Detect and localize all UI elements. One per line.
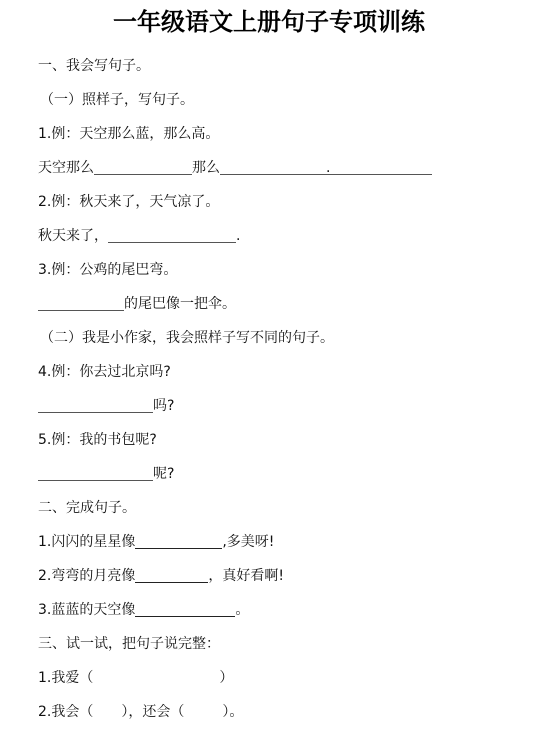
question-1-answer: 天空那么那么. (38, 158, 432, 178)
question-3-suffix: 的尾巴像一把伞。 (124, 296, 236, 312)
section-3-question-2: 2.我会（），还会（）。 (38, 702, 243, 722)
complete-item-3-suffix: 。 (235, 602, 249, 618)
complete-item-1-prefix: 1.闪闪的星星像 (38, 534, 135, 550)
question-3-example: 3.例：公鸡的尾巴弯。 (38, 260, 177, 280)
question-2-prefix: 秋天来了， (38, 228, 108, 244)
complete-blank-2[interactable] (135, 567, 208, 583)
question-1-prefix: 天空那么 (38, 160, 94, 176)
complete-item-3-prefix: 3.蓝蓝的天空像 (38, 602, 135, 618)
section-3-q1-suffix: ） (219, 670, 233, 686)
question-2-dot: . (236, 228, 240, 244)
question-5-answer: 呢? (38, 464, 174, 484)
question-4-suffix: 吗? (153, 398, 174, 414)
complete-item-1: 1.闪闪的星星像,多美呀! (38, 532, 274, 552)
complete-item-2: 2.弯弯的月亮像，真好看啊! (38, 566, 284, 586)
answer-blank-4[interactable] (38, 396, 153, 413)
section-2-heading: 二、完成句子。 (38, 498, 136, 518)
answer-blank-2[interactable] (108, 226, 236, 243)
question-5-example: 5.例：我的书包呢? (38, 430, 157, 450)
answer-blank-5[interactable] (38, 464, 153, 481)
answer-blank-1b[interactable]: . (220, 158, 432, 175)
section-1-heading: 一、我会写句子。 (38, 56, 150, 76)
question-3-answer: 的尾巴像一把伞。 (38, 294, 236, 314)
complete-item-2-prefix: 2.弯弯的月亮像 (38, 568, 135, 584)
section-3-q1-prefix: 1.我爱（ (38, 670, 93, 686)
question-1-example: 1.例：天空那么蓝，那么高。 (38, 124, 219, 144)
complete-blank-1[interactable] (135, 533, 222, 549)
section-3-question-1: 1.我爱（） (38, 668, 233, 688)
complete-item-2-suffix: ，真好看啊! (208, 568, 284, 584)
section-3-q2-middle: ），还会（ (121, 704, 184, 720)
question-1-middle: 那么 (192, 160, 220, 176)
subsection-2-heading: （二）我是小作家，我会照样子写不同的句子。 (40, 328, 334, 348)
section-3-q2-prefix: 2.我会（ (38, 704, 93, 720)
question-4-example: 4.例：你去过北京吗? (38, 362, 171, 382)
complete-item-3: 3.蓝蓝的天空像。 (38, 600, 249, 620)
question-1-dot: . (326, 158, 330, 178)
question-2-answer: 秋天来了，. (38, 226, 240, 246)
answer-blank-3[interactable] (38, 294, 124, 311)
question-5-suffix: 呢? (153, 466, 174, 482)
complete-item-1-suffix: ,多美呀! (222, 534, 274, 550)
complete-blank-3[interactable] (135, 601, 235, 617)
section-3-heading: 三、试一试，把句子说完整： (38, 634, 220, 654)
question-4-answer: 吗? (38, 396, 174, 416)
question-2-example: 2.例：秋天来了，天气凉了。 (38, 192, 219, 212)
subsection-1-heading: （一）照样子，写句子。 (40, 90, 194, 110)
section-3-q2-suffix: ）。 (222, 704, 243, 720)
page-title: 一年级语文上册句子专项训练 (0, 6, 538, 38)
answer-blank-1a[interactable] (94, 158, 192, 175)
